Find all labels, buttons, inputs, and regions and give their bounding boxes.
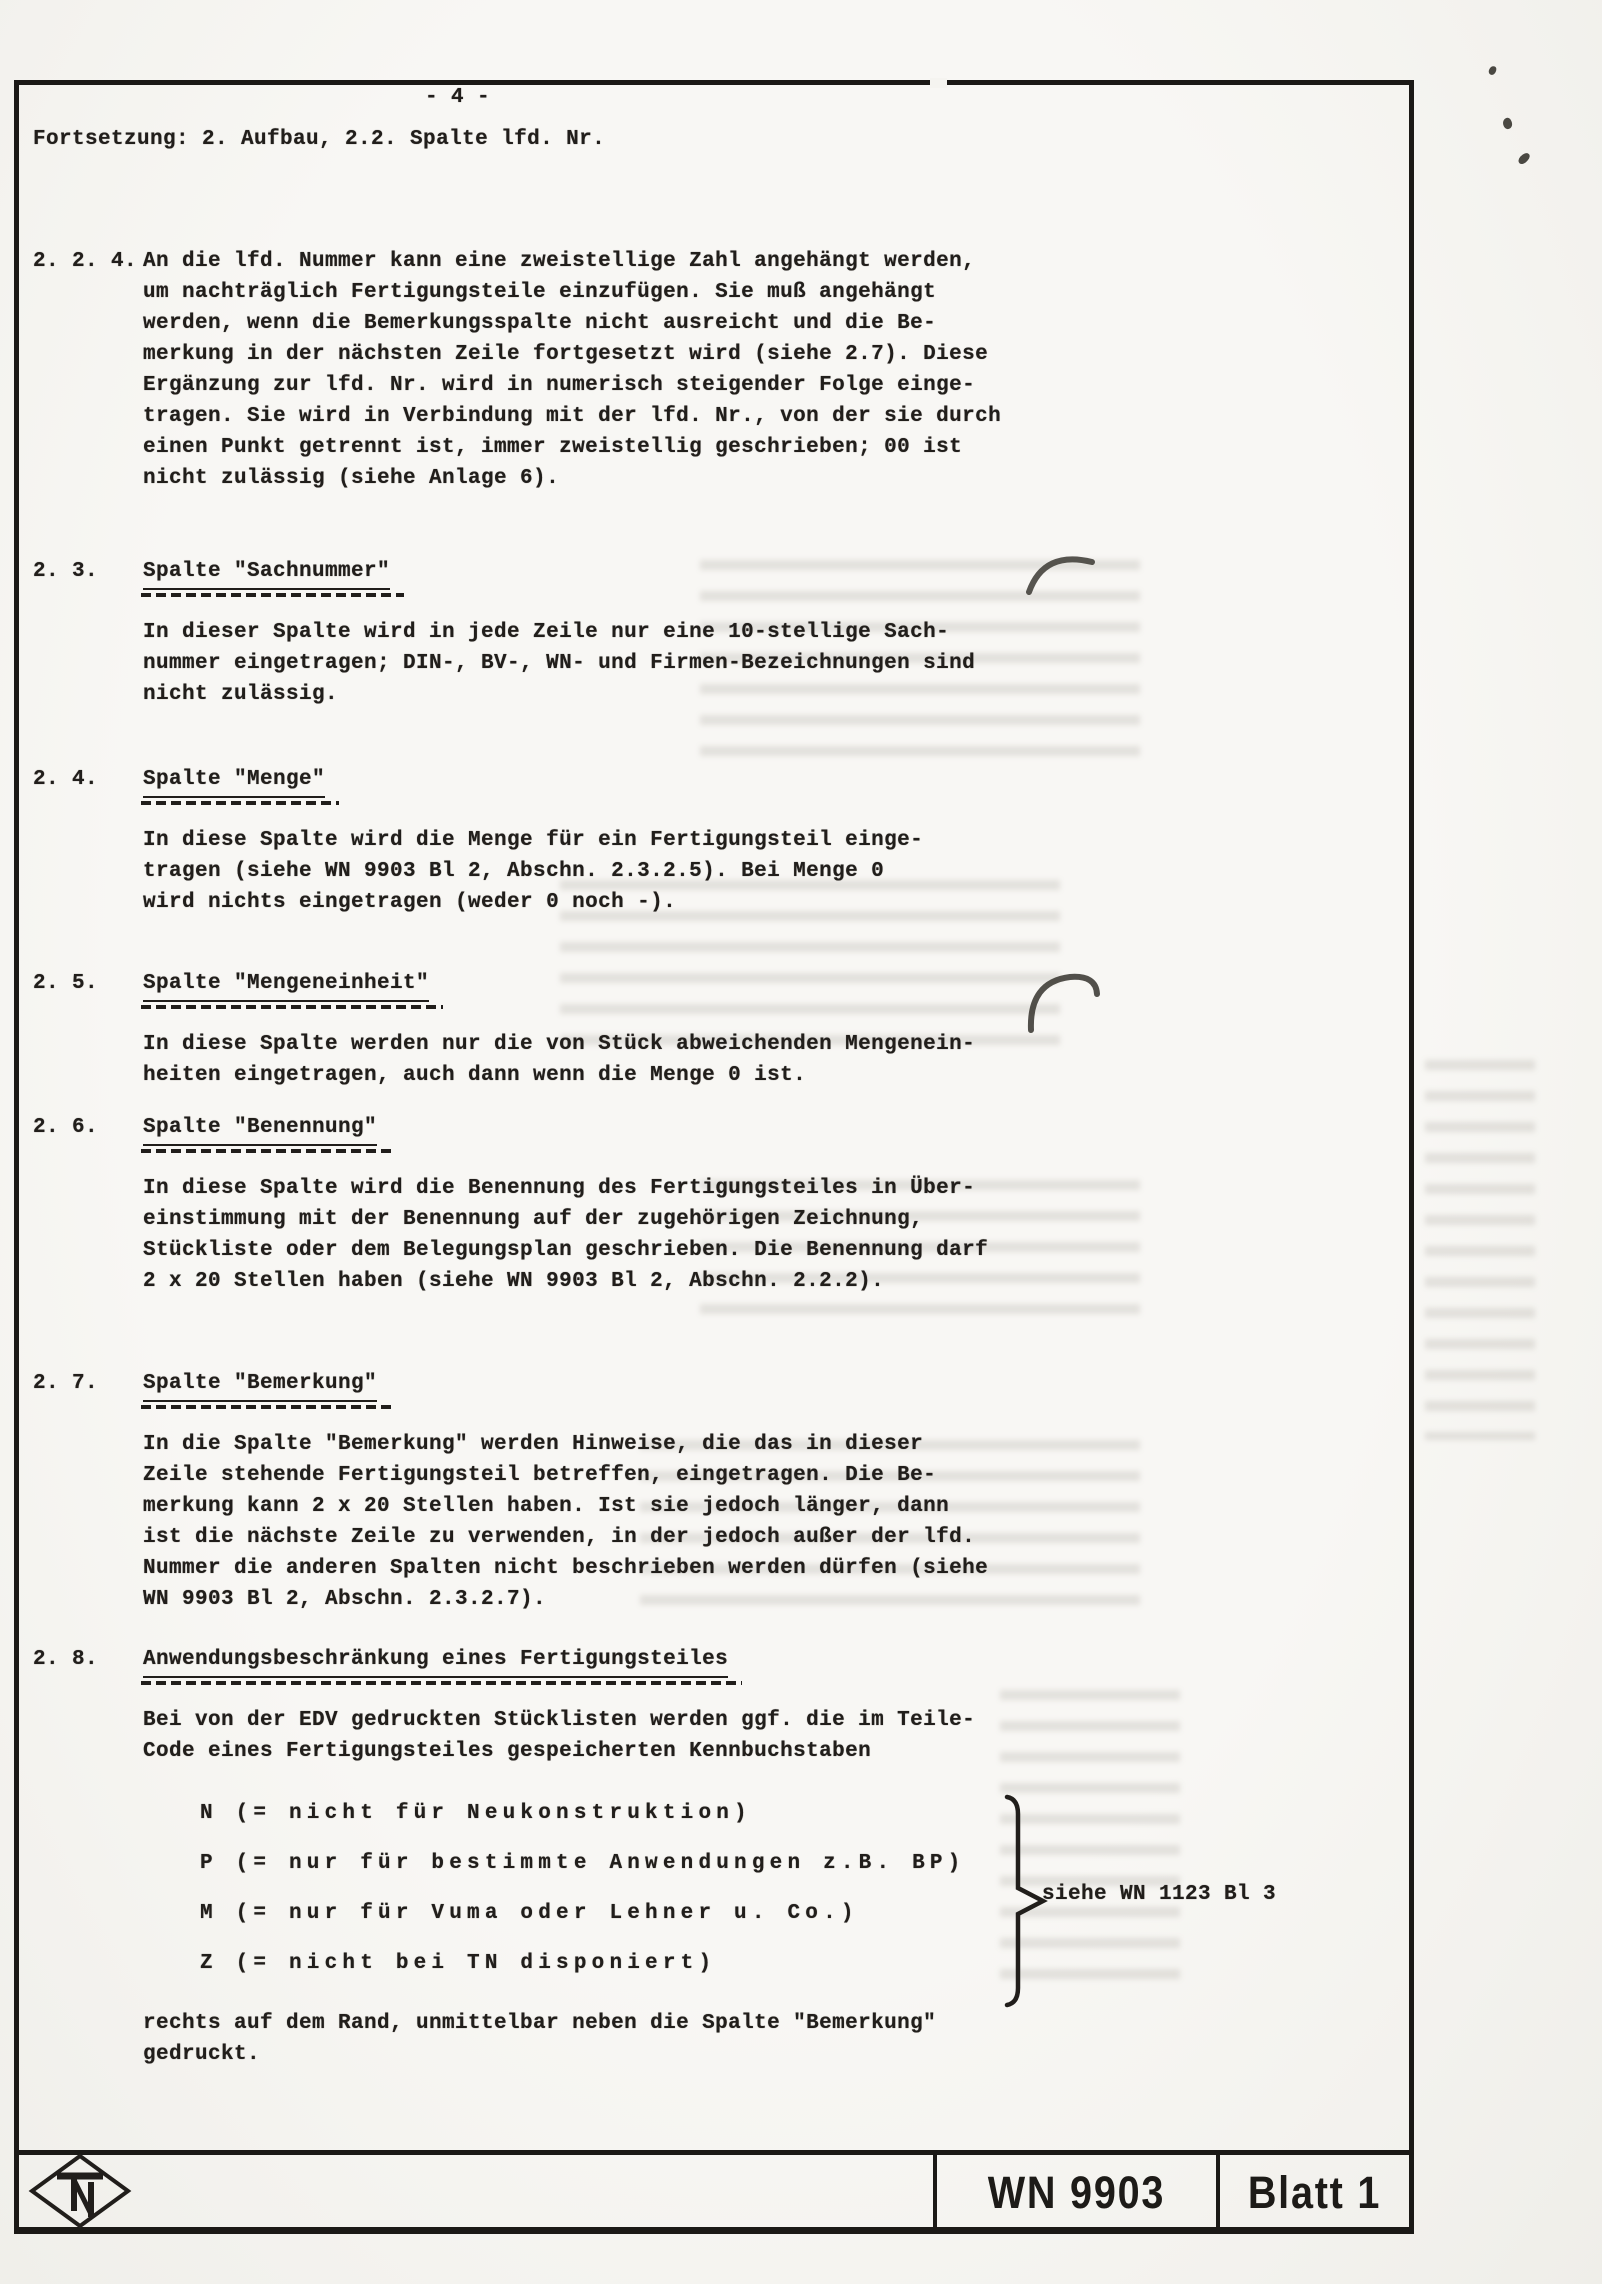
border-gap-artifact xyxy=(930,78,947,88)
list-item: N (= nicht für Neukonstruktion) xyxy=(200,1798,966,1848)
section-2-7: 2. 7. Spalte "Bemerkung" In die Spalte "… xyxy=(33,1368,1033,1615)
tn-diamond-logo-icon xyxy=(28,2153,132,2229)
section-2-3: 2. 3. Spalte "Sachnummer" In dieser Spal… xyxy=(33,556,1033,710)
section-heading: Spalte "Bemerkung" xyxy=(143,1368,377,1402)
bleed-through-artifact xyxy=(1425,1060,1535,1440)
section-body: In die Spalte "Bemerkung" werden Hinweis… xyxy=(143,1429,1033,1615)
section-number: 2. 7. xyxy=(33,1368,143,1399)
section-number: 2. 3. xyxy=(33,556,143,587)
ink-speck-artifact xyxy=(1501,117,1514,131)
section-2-4: 2. 4. Spalte "Menge" In diese Spalte wir… xyxy=(33,764,1033,918)
code-letter-list: N (= nicht für Neukonstruktion) P (= nur… xyxy=(200,1798,966,1998)
ink-speck-artifact xyxy=(1488,65,1497,76)
section-body: In diese Spalte wird die Menge für ein F… xyxy=(143,825,1033,918)
footer-cell-divider xyxy=(933,2150,937,2229)
page-number: - 4 - xyxy=(425,82,490,113)
brace-annotation: siehe WN 1123 Bl 3 xyxy=(1042,1879,1276,1910)
doc-number-cell: WN 9903 xyxy=(954,2165,1200,2225)
section-number: 2. 4. xyxy=(33,764,143,795)
section-body: In dieser Spalte wird in jede Zeile nur … xyxy=(143,617,1033,710)
section-heading: Spalte "Sachnummer" xyxy=(143,556,390,590)
footer-divider xyxy=(14,2150,1409,2155)
sheet-number-cell: Blatt 1 xyxy=(1231,2165,1397,2225)
list-item: M (= nur für Vuma oder Lehner u. Co.) xyxy=(200,1898,966,1948)
ink-speck-artifact xyxy=(1517,151,1531,166)
curved-scan-artifact xyxy=(1026,546,1098,604)
scanned-document-page: - 4 - Fortsetzung: 2. Aufbau, 2.2. Spalt… xyxy=(0,0,1602,2284)
section-2-8: 2. 8. Anwendungsbeschränkung eines Ferti… xyxy=(33,1644,1033,1767)
section-number: 2. 2. 4. xyxy=(33,246,143,277)
section-body: An die lfd. Nummer kann eine zweistellig… xyxy=(143,246,1033,494)
section-number: 2. 6. xyxy=(33,1112,143,1143)
section-body: Bei von der EDV gedruckten Stücklisten w… xyxy=(143,1705,1033,1767)
section-heading: Spalte "Mengeneinheit" xyxy=(143,968,429,1002)
section-heading: Spalte "Benennung" xyxy=(143,1112,377,1146)
list-item: Z (= nicht bei TN disponiert) xyxy=(200,1948,966,1998)
section-number: 2. 8. xyxy=(33,1644,143,1675)
section-body: In diese Spalte werden nur die von Stück… xyxy=(143,1029,1033,1091)
section-2-2-4: 2. 2. 4. An die lfd. Nummer kann eine zw… xyxy=(33,246,1033,494)
section-heading: Anwendungsbeschränkung eines Fertigungst… xyxy=(143,1644,728,1678)
section-heading: Spalte "Menge" xyxy=(143,764,325,798)
curved-scan-artifact xyxy=(1026,970,1102,1036)
section-number: 2. 5. xyxy=(33,968,143,999)
list-item: P (= nur für bestimmte Anwendungen z.B. … xyxy=(200,1848,966,1898)
section-2-6: 2. 6. Spalte "Benennung" In diese Spalte… xyxy=(33,1112,1033,1297)
continuation-line: Fortsetzung: 2. Aufbau, 2.2. Spalte lfd.… xyxy=(33,124,605,155)
section-2-5: 2. 5. Spalte "Mengeneinheit" In diese Sp… xyxy=(33,968,1033,1091)
section-body: In diese Spalte wird die Benennung des F… xyxy=(143,1173,1033,1297)
footer-cell-divider xyxy=(1216,2150,1220,2229)
closing-paragraph: rechts auf dem Rand, unmittelbar neben d… xyxy=(143,2008,936,2070)
